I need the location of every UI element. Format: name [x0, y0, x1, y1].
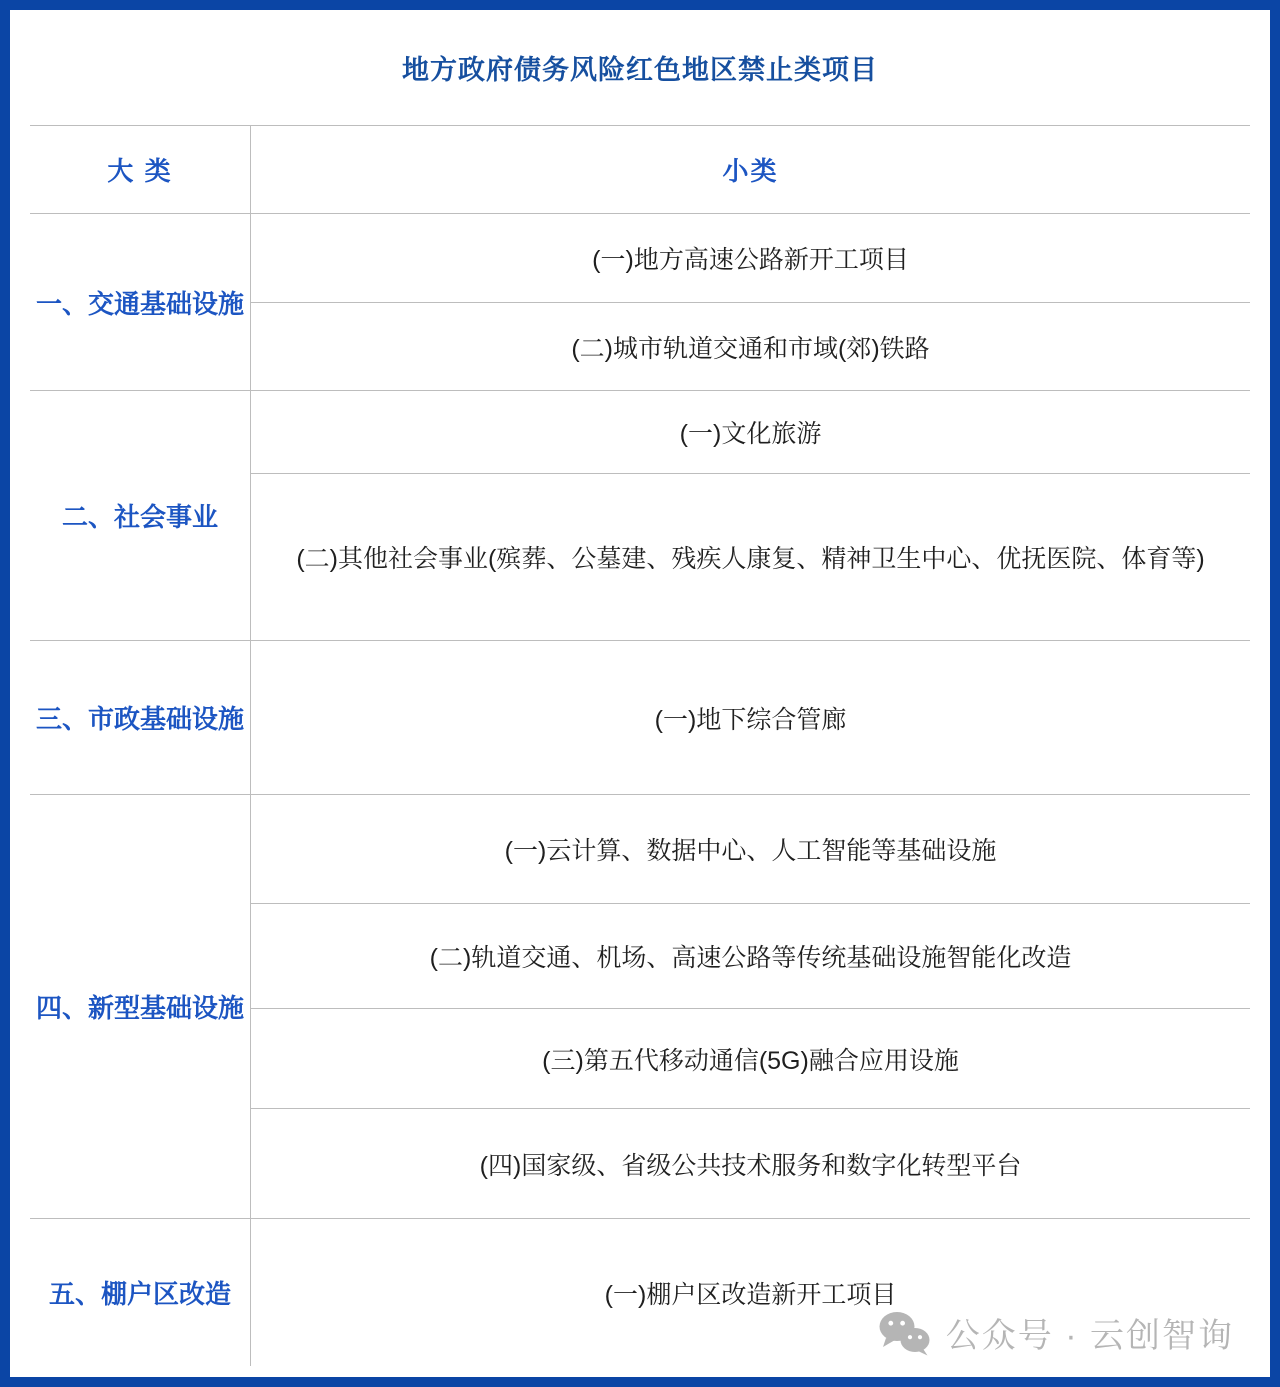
- table-header-row: 大 类 小类: [30, 125, 1250, 213]
- subcategory-column: (一)棚户区改造新开工项目: [250, 1219, 1250, 1366]
- subcategory-row: (一)地方高速公路新开工项目: [251, 214, 1250, 302]
- table-body: 一、交通基础设施(一)地方高速公路新开工项目(二)城市轨道交通和市域(郊)铁路二…: [30, 213, 1250, 1366]
- header-cell-major: 大 类: [30, 126, 250, 213]
- infographic-page: 地方政府债务风险红色地区禁止类项目 大 类 小类 一、交通基础设施(一)地方高速…: [0, 0, 1280, 1387]
- page-title: 地方政府债务风险红色地区禁止类项目: [402, 48, 878, 87]
- table-section: 五、棚户区改造(一)棚户区改造新开工项目: [30, 1218, 1250, 1366]
- header-cell-minor: 小类: [250, 126, 1250, 213]
- category-label: 二、社会事业: [62, 497, 218, 534]
- table-section: 二、社会事业(一)文化旅游(二)其他社会事业(殡葬、公墓建、残疾人康复、精神卫生…: [30, 390, 1250, 640]
- subcategory-row: (一)棚户区改造新开工项目: [251, 1219, 1250, 1366]
- category-label: 一、交通基础设施: [36, 284, 244, 321]
- table-section: 一、交通基础设施(一)地方高速公路新开工项目(二)城市轨道交通和市域(郊)铁路: [30, 213, 1250, 390]
- category-cell: 四、新型基础设施: [30, 795, 250, 1218]
- category-cell: 三、市政基础设施: [30, 641, 250, 794]
- subcategory-row: (四)国家级、省级公共技术服务和数字化转型平台: [251, 1108, 1250, 1218]
- category-label: 四、新型基础设施: [36, 988, 244, 1025]
- subcategory-column: (一)云计算、数据中心、人工智能等基础设施(二)轨道交通、机场、高速公路等传统基…: [250, 795, 1250, 1218]
- subcategory-row: (一)云计算、数据中心、人工智能等基础设施: [251, 795, 1250, 903]
- category-cell: 五、棚户区改造: [30, 1219, 250, 1366]
- subcategory-row: (三)第五代移动通信(5G)融合应用设施: [251, 1008, 1250, 1108]
- header-label-minor: 小类: [722, 151, 778, 188]
- header-label-major: 大 类: [107, 151, 172, 188]
- subcategory-column: (一)地下综合管廊: [250, 641, 1250, 794]
- subcategory-column: (一)文化旅游(二)其他社会事业(殡葬、公墓建、残疾人康复、精神卫生中心、优抚医…: [250, 391, 1250, 640]
- category-label: 三、市政基础设施: [36, 699, 244, 736]
- subcategory-row: (二)其他社会事业(殡葬、公墓建、残疾人康复、精神卫生中心、优抚医院、体育等): [251, 473, 1250, 640]
- category-cell: 一、交通基础设施: [30, 214, 250, 390]
- subcategory-column: (一)地方高速公路新开工项目(二)城市轨道交通和市域(郊)铁路: [250, 214, 1250, 390]
- subcategory-row: (一)地下综合管廊: [251, 641, 1250, 794]
- subcategory-row: (二)轨道交通、机场、高速公路等传统基础设施智能化改造: [251, 903, 1250, 1008]
- subcategory-row: (一)文化旅游: [251, 391, 1250, 473]
- table-section: 四、新型基础设施(一)云计算、数据中心、人工智能等基础设施(二)轨道交通、机场、…: [30, 794, 1250, 1218]
- table-section: 三、市政基础设施(一)地下综合管廊: [30, 640, 1250, 794]
- title-bar: 地方政府债务风险红色地区禁止类项目: [10, 10, 1270, 125]
- category-label: 五、棚户区改造: [49, 1274, 231, 1311]
- subcategory-row: (二)城市轨道交通和市域(郊)铁路: [251, 302, 1250, 390]
- categories-table: 大 类 小类 一、交通基础设施(一)地方高速公路新开工项目(二)城市轨道交通和市…: [30, 125, 1250, 1366]
- category-cell: 二、社会事业: [30, 391, 250, 640]
